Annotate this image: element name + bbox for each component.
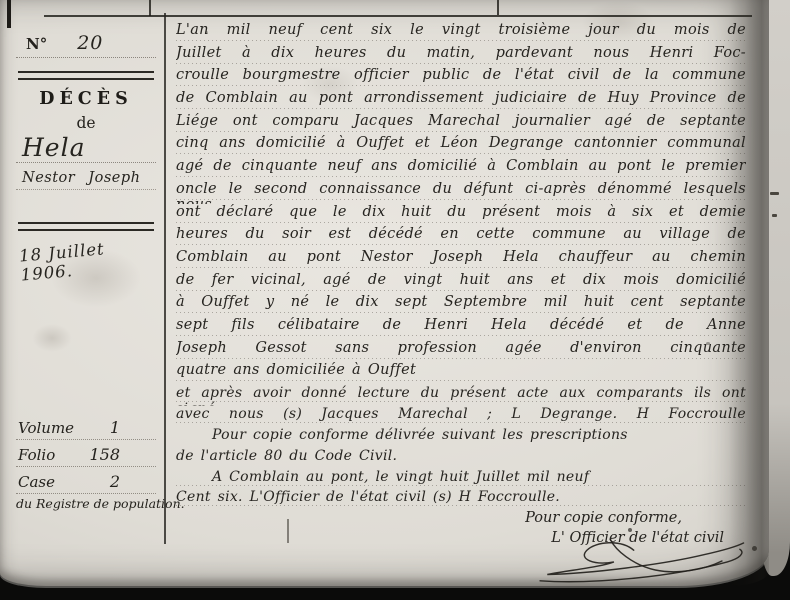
act-line: heures du soir est décédé en cette commu… — [176, 226, 746, 249]
scan-root: { "colors": { "paper": "#e2dfd9", "ink":… — [0, 0, 790, 600]
act-line: oncle le second connaissance du défunt c… — [176, 181, 746, 204]
act-line: A Comblain au pont, le vingt huit Juille… — [176, 469, 746, 490]
left-edge-ink-mark — [7, 0, 11, 28]
act-line: sept fils célibataire de Henri Hela décé… — [176, 317, 746, 340]
act-line: de fer vicinal, agé de vingt huit ans et… — [176, 272, 746, 295]
act-text: L'an mil neuf cent six le vingt troisièm… — [176, 22, 746, 550]
next-page-ink-mark — [770, 192, 779, 195]
act-line: et après avoir donné lecture du présent … — [176, 385, 746, 406]
double-rule — [18, 71, 154, 80]
act-line: Cent six. L'Officier de l'état civil (s)… — [176, 489, 746, 510]
frame-tick — [497, 0, 499, 15]
act-line: Comblain au pont Nestor Joseph Hela chau… — [176, 249, 746, 272]
act-line: croulle bourgmestre officier public de l… — [176, 67, 746, 90]
act-number-row: N° 20 — [16, 30, 156, 58]
act-number-value: 20 — [77, 32, 103, 54]
volume-label: Volume — [18, 419, 74, 437]
act-line: de l'article 80 du Code Civil. — [176, 448, 746, 469]
deceased-surname: Hela — [16, 133, 156, 163]
act-number-label: N° — [26, 35, 47, 53]
act-line: Liége ont comparu Jacques Marechal journ… — [176, 113, 746, 136]
frame-tick — [149, 0, 151, 16]
act-line: cinq ans domicilié à Ouffet et Léon Degr… — [176, 135, 746, 158]
folio-value: 158 — [89, 445, 120, 464]
act-line: Juillet à dix heures du matin, pardevant… — [176, 45, 746, 68]
register-reference-block: Volume 1 Folio 158 Case 2 — [16, 418, 156, 499]
volume-row: Volume 1 — [16, 418, 156, 440]
case-value: 2 — [110, 472, 120, 491]
act-line: Pour copie conforme délivrée suivant les… — [176, 427, 746, 448]
double-rule — [18, 222, 154, 231]
folio-label: Folio — [18, 446, 55, 464]
act-line: Joseph Gessot sans profession agée d'env… — [176, 340, 746, 363]
act-line: ont déclaré que le dix huit du présent m… — [176, 204, 746, 227]
act-type-heading: DÉCÈS — [16, 89, 156, 109]
officer-signature-flourish — [520, 534, 760, 588]
case-row: Case 2 — [16, 472, 156, 494]
register-page: N° 20 DÉCÈS de Hela Nestor Joseph 18 Jui… — [0, 0, 769, 586]
closing-formula: Pour copie conforme, — [176, 510, 746, 530]
register-note: du Registre de population. — [16, 496, 185, 511]
act-line: agé de cinquante neuf ans domicilié à Co… — [176, 158, 746, 181]
volume-value: 1 — [110, 418, 120, 437]
case-label: Case — [18, 473, 55, 491]
margin-column: N° 20 DÉCÈS de Hela Nestor Joseph 18 Jui… — [16, 22, 156, 285]
of-label: de — [16, 114, 156, 132]
act-line: L'an mil neuf cent six le vingt troisièm… — [176, 22, 746, 45]
death-date: 18 Juillet 1906. — [14, 235, 157, 285]
act-line: à Ouffet y né le dix sept Septembre mil … — [176, 294, 746, 317]
act-line: avec nous (s) Jacques Marechal ; L Degra… — [176, 406, 746, 427]
act-line: de Comblain au pont arrondissement judic… — [176, 90, 746, 113]
next-page-ink-mark — [772, 214, 777, 217]
deceased-given-names: Nestor Joseph — [16, 170, 156, 190]
act-line: quatre ans domiciliée à Ouffet — [176, 362, 746, 385]
margin-separator-rule — [164, 13, 166, 544]
folio-row: Folio 158 — [16, 445, 156, 467]
